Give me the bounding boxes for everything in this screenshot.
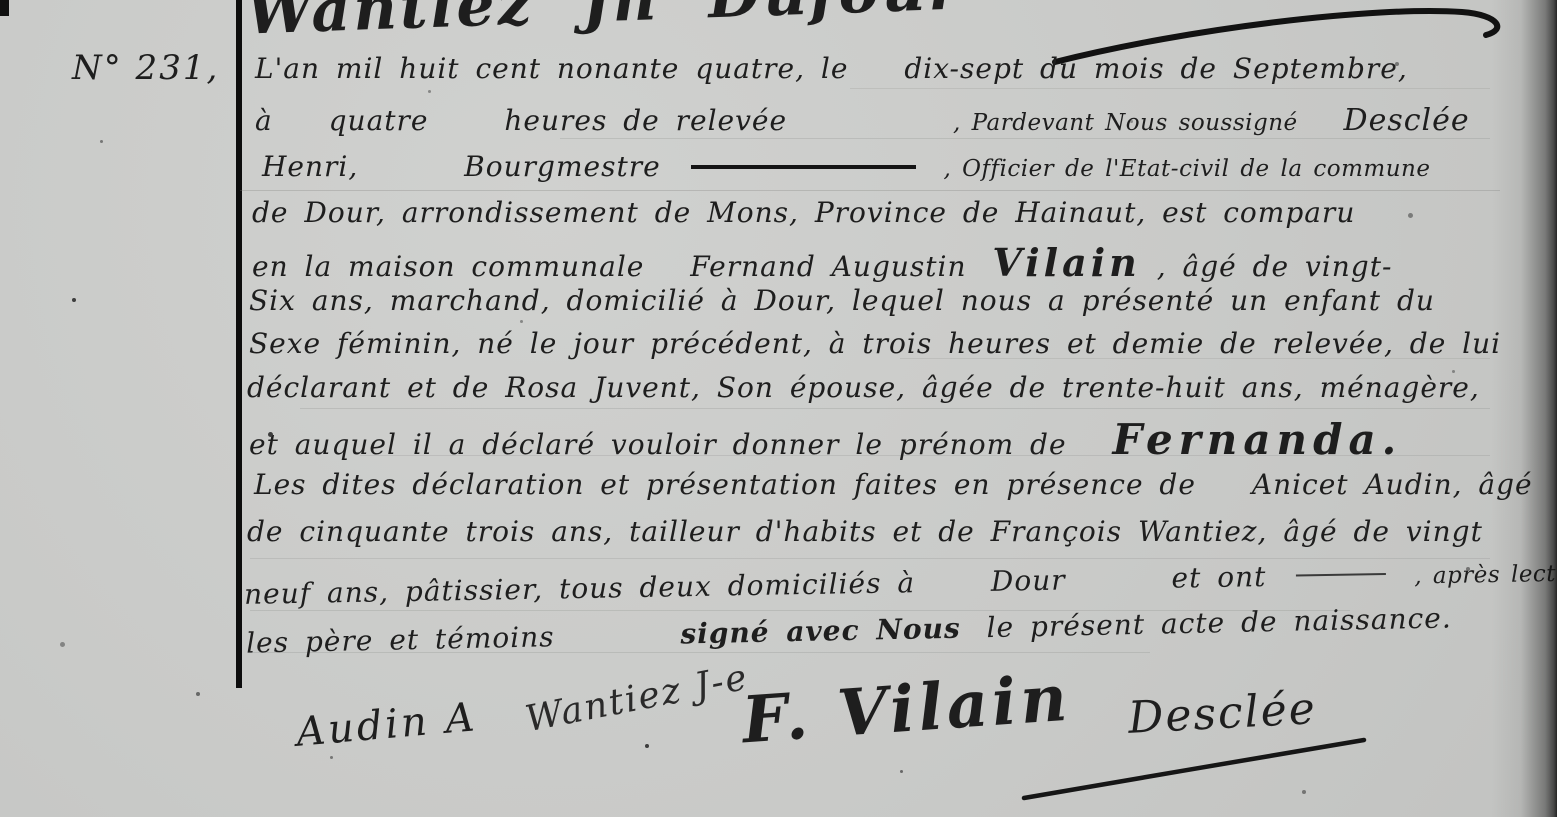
paper-speck xyxy=(268,432,273,437)
child-birth-details-text: Sexe féminin, né le jour précédent, à tr… xyxy=(249,327,1501,360)
text-segment: en la maison communale xyxy=(252,250,644,283)
officer-signature-flourish xyxy=(1024,740,1364,798)
domicile-commune: Dour xyxy=(991,564,1066,598)
text-segment: Les dites déclaration et présentation fa… xyxy=(254,468,1196,501)
scan-corner-mark xyxy=(0,0,9,16)
paper-speck xyxy=(330,756,333,759)
birth-record-scan-page: N° 231, Wantiez Jh Dufour L'an mil huit … xyxy=(0,0,1557,817)
text-segment: L'an mil huit cent nonante quatre, le xyxy=(255,52,848,85)
father-surname: Vilain xyxy=(992,240,1140,285)
paper-speck xyxy=(100,140,103,143)
text-segment: heures de relevée xyxy=(504,104,787,137)
text-segment: , Pardevant Nous soussigné xyxy=(953,110,1298,136)
text-segment: à xyxy=(255,104,273,137)
blank-fill-line xyxy=(691,165,916,169)
father-firstnames: Fernand Augustin xyxy=(690,250,966,283)
text-segment: et ont xyxy=(1171,560,1266,595)
body-line-7: Sexe féminin, né le jour précédent, à tr… xyxy=(249,327,1501,360)
signature-witness1: Audin A xyxy=(294,694,479,756)
mother-details-text: déclarant et de Rosa Juvent, Son épouse,… xyxy=(247,371,1480,404)
hour-filled: quatre xyxy=(329,104,429,137)
ruled-line xyxy=(240,190,1500,191)
blank-fill-line-short xyxy=(1296,573,1386,577)
text-segment: , Officier de l'Etat-civil de la commune xyxy=(943,156,1430,182)
ruled-line xyxy=(850,88,1490,89)
paper-speck xyxy=(1408,213,1413,218)
paper-speck xyxy=(72,298,76,302)
paper-speck xyxy=(900,770,903,773)
text-segment: et auquel il a déclaré vouloir donner le… xyxy=(249,428,1067,461)
body-line-3: Henri, Bourgmestre , Officier de l'Etat-… xyxy=(262,150,1430,183)
paper-speck xyxy=(428,90,431,93)
officer-surname: Desclée xyxy=(1344,103,1470,138)
father-details-text: Six ans, marchand, domicilié à Dour, leq… xyxy=(249,284,1435,317)
signature-declarant: F. Vilain xyxy=(740,661,1073,759)
book-edge-shadow xyxy=(1491,0,1557,817)
previous-act-signature: Wantiez Jh Dufour xyxy=(245,0,964,48)
child-first-name: Fernanda. xyxy=(1112,415,1402,464)
witnesses-details-text: de cinquante trois ans, tailleur d'habit… xyxy=(247,515,1483,548)
body-line-9: et auquel il a déclaré vouloir donner le… xyxy=(249,415,1402,464)
officer-title: Bourgmestre xyxy=(464,150,660,183)
paper-speck xyxy=(196,692,200,696)
paper-speck xyxy=(1395,62,1399,66)
signature-witness2: Wantiez J-e xyxy=(522,657,752,740)
paper-speck xyxy=(1466,567,1470,571)
paper-speck xyxy=(520,320,523,323)
commune-text: de Dour, arrondissement de Mons, Provinc… xyxy=(252,196,1355,229)
text-segment: le présent acte de naissance. xyxy=(986,601,1452,644)
text-segment: signé avec Nous xyxy=(680,612,961,651)
body-line-5: en la maison communale Fernand Augustin … xyxy=(252,240,1392,285)
officer-firstname: Henri, xyxy=(262,150,358,183)
body-line-11: de cinquante trois ans, tailleur d'habit… xyxy=(247,515,1483,548)
body-line-2: à quatre heures de relevée , Pardevant N… xyxy=(255,103,1470,138)
text-segment: les père et témoins xyxy=(246,620,555,659)
paper-speck xyxy=(645,744,649,748)
body-line-8: déclarant et de Rosa Juvent, Son épouse,… xyxy=(247,371,1480,404)
paper-speck xyxy=(1452,370,1455,373)
text-segment: , âgé de vingt- xyxy=(1157,250,1393,283)
text-segment: neuf ans, pâtissier, tous deux domicilié… xyxy=(244,566,915,611)
paper-speck xyxy=(1130,120,1133,123)
birth-act-date: dix-sept du mois de Septembre, xyxy=(904,52,1407,85)
ruled-line xyxy=(560,138,1490,139)
margin-rule xyxy=(236,0,242,688)
paper-speck xyxy=(60,642,65,647)
act-number: N° 231, xyxy=(72,48,219,88)
body-line-1: L'an mil huit cent nonante quatre, le di… xyxy=(255,52,1408,85)
body-line-4: de Dour, arrondissement de Mons, Provinc… xyxy=(252,196,1355,229)
body-line-10: Les dites déclaration et présentation fa… xyxy=(254,468,1533,501)
paper-speck xyxy=(1302,790,1306,794)
signature-officer: Desclée xyxy=(1127,683,1318,744)
body-line-6: Six ans, marchand, domicilié à Dour, leq… xyxy=(249,284,1435,317)
ruled-line xyxy=(300,408,1490,409)
